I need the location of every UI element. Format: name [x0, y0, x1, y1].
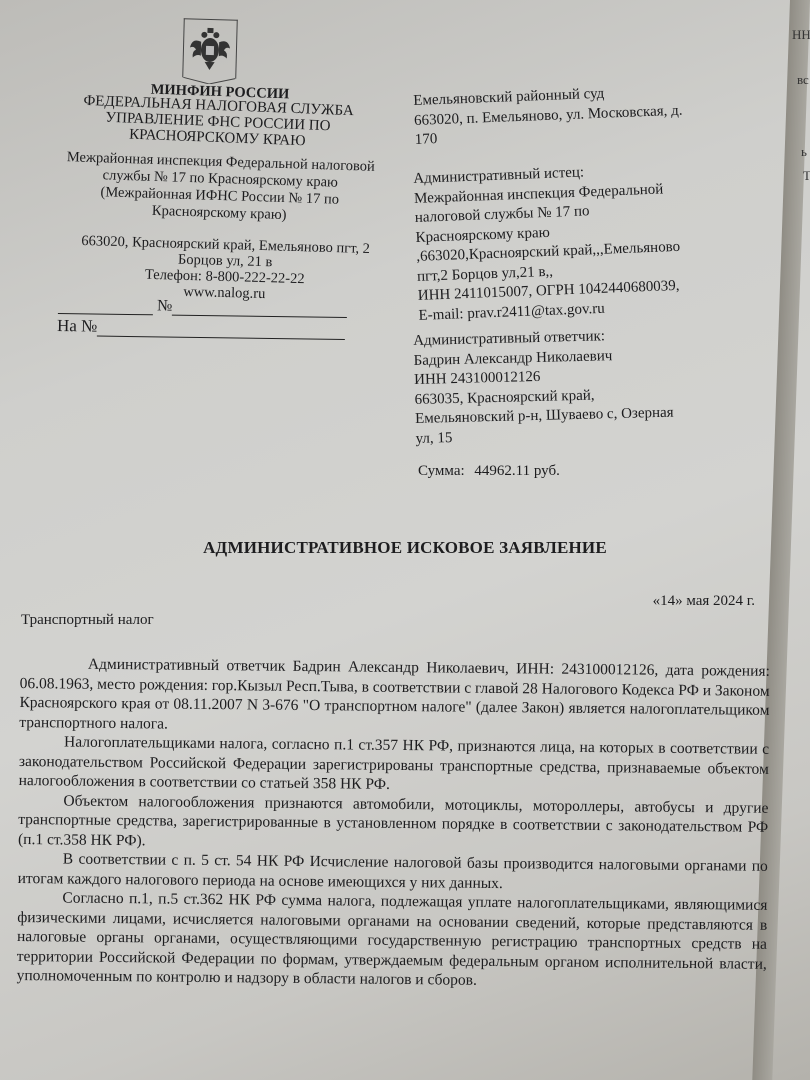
paragraph: Налогоплательщиками налога, согласно п.1…	[19, 732, 770, 798]
document-date: «14» мая 2024 г.	[653, 593, 755, 610]
paragraph: Административный ответчик Бадрин Алексан…	[19, 654, 770, 740]
document-title: АДМИНИСТРАТИВНОЕ ИСКОВОЕ ЗАЯВЛЕНИЕ	[0, 538, 810, 558]
reply-number-line	[97, 336, 345, 340]
adjacent-page-fragment: вс	[797, 72, 809, 88]
adjacent-page-fragment: Т	[803, 168, 810, 184]
paragraph: Согласно п.1, п.5 ст.362 НК РФ сумма нал…	[17, 888, 768, 993]
outgoing-date-line	[58, 313, 153, 315]
adjacent-page-fragment: НН	[792, 27, 810, 43]
reply-number-label: На №	[57, 316, 98, 336]
document-page: НН вс ь Т МИНФИН РОССИИ ФЕДЕРАЛЬНАЯ НАЛО…	[0, 0, 810, 1080]
paragraph: Объектом налогообложения признаются авто…	[18, 790, 769, 856]
amount-value: 44962.11 руб.	[474, 463, 559, 479]
amount-label: Сумма:	[418, 463, 465, 479]
document-body: Административный ответчик Бадрин Алексан…	[17, 654, 770, 993]
adjacent-page-fragment: ь	[801, 144, 807, 160]
coat-of-arms-icon	[182, 18, 238, 78]
outgoing-number-label: №	[157, 297, 173, 314]
document-subject: Транспортный налог	[21, 612, 154, 629]
